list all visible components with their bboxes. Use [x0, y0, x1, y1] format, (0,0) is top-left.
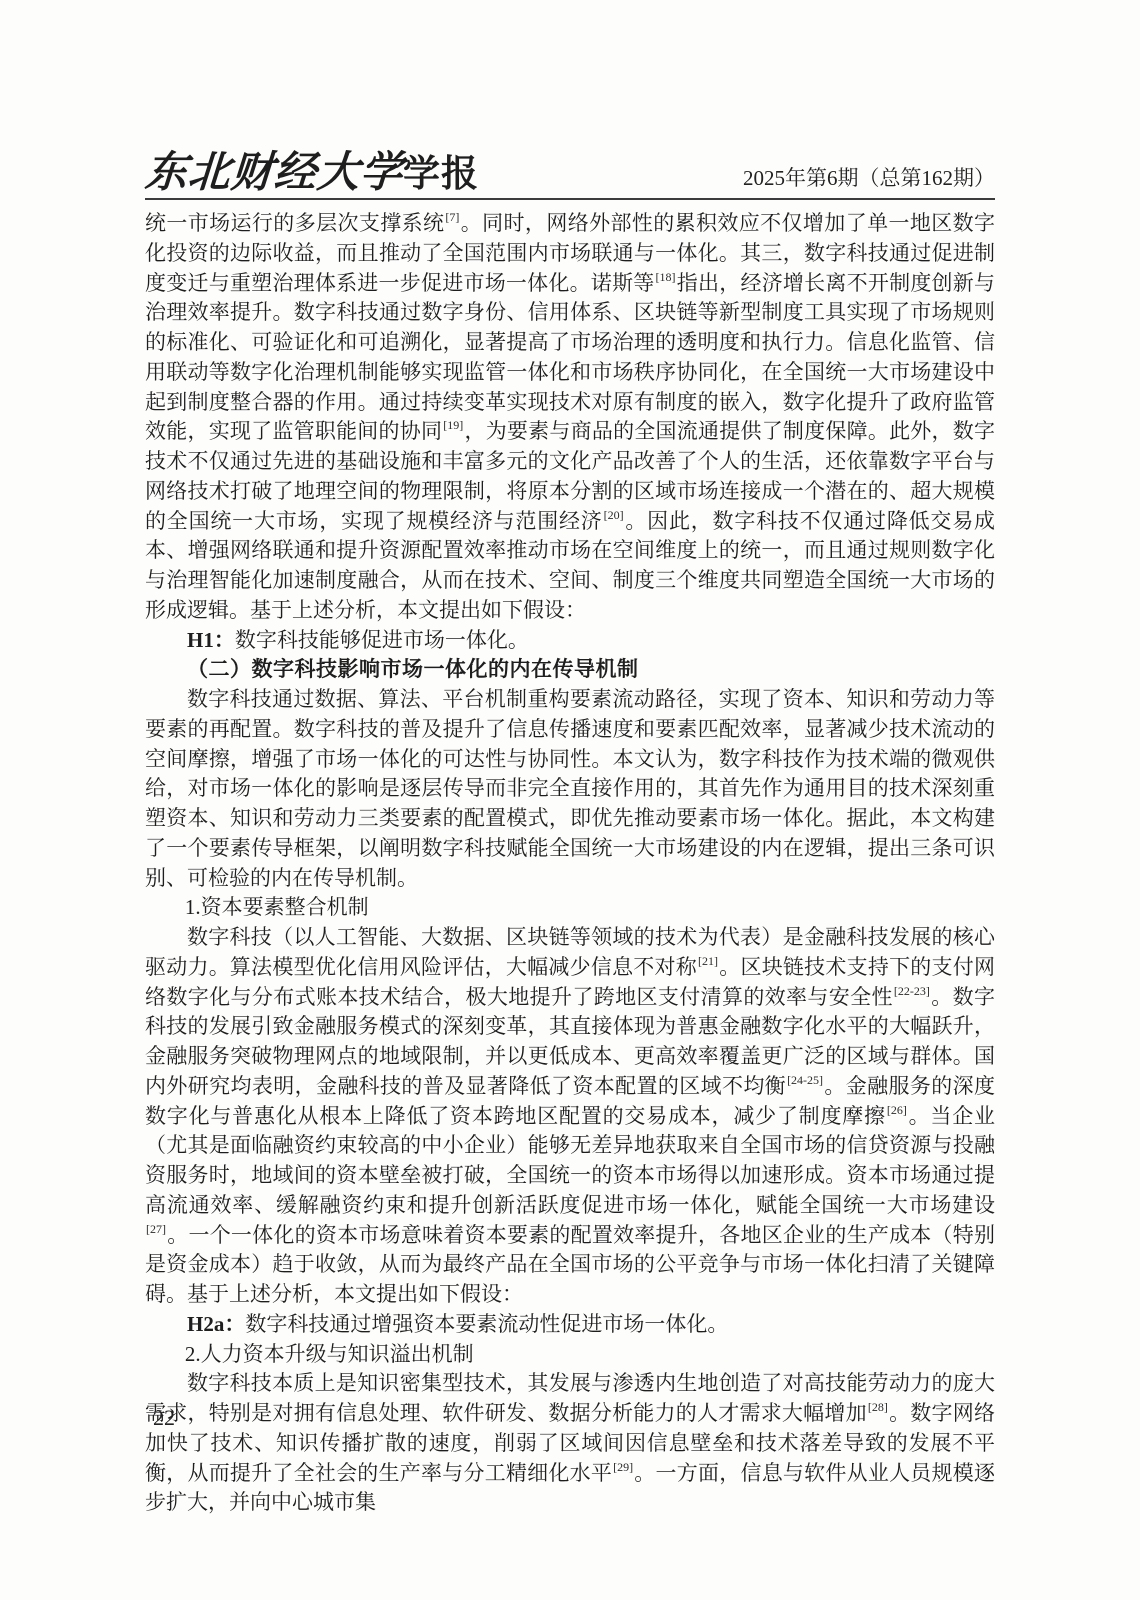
header-rule [145, 198, 995, 200]
citation-ref: [21] [698, 954, 718, 968]
hypothesis-line: H2a：数字科技通过增强资本要素流动性促进市场一体化。 [145, 1310, 995, 1340]
citation-ref: [27] [146, 1222, 166, 1236]
citation-ref: [19] [443, 418, 463, 432]
hypothesis-label: H2a： [187, 1312, 245, 1336]
citation-ref: [18] [656, 270, 676, 284]
hypothesis-line: H1：数字科技能够促进市场一体化。 [145, 626, 995, 656]
paragraph: 数字科技通过数据、算法、平台机制重构要素流动路径，实现了资本、知识和劳动力等要素… [145, 685, 995, 893]
article-body: 统一市场运行的多层次支撑系统[7]。同时，网络外部性的累积效应不仅增加了单一地区… [145, 209, 995, 1518]
journal-header: 东北财经大学学报 2025年第6期（总第162期） [145, 142, 995, 200]
header-row: 东北财经大学学报 2025年第6期（总第162期） [145, 142, 995, 194]
text-run: 数字科技本质上是知识密集型技术，其发展与渗透内生地创造了对高技能劳动力的庞大需求… [145, 1371, 995, 1425]
citation-ref: [20] [604, 508, 624, 522]
paragraph: 数字科技（以人工智能、大数据、区块链等领域的技术为代表）是金融科技发展的核心驱动… [145, 923, 995, 1310]
text-run: 指出，经济增长离不开制度创新与治理效率提升。数字科技通过数字身份、信用体系、区块… [145, 271, 995, 444]
paragraph: 数字科技本质上是知识密集型技术，其发展与渗透内生地创造了对高技能劳动力的庞大需求… [145, 1369, 995, 1518]
issue-info: 2025年第6期（总第162期） [743, 162, 995, 194]
sub-heading: 1.资本要素整合机制 [145, 893, 995, 923]
page-number: 22 [153, 1405, 175, 1431]
sub-heading: 2.人力资本升级与知识溢出机制 [145, 1340, 995, 1370]
citation-ref: [24-25] [787, 1073, 823, 1087]
journal-logo-calligraphy: 东北财经大学 [144, 152, 405, 195]
hypothesis-label: H1： [187, 628, 235, 652]
citation-ref: [28] [868, 1400, 888, 1414]
text-run: 数字科技通过数据、算法、平台机制重构要素流动路径，实现了资本、知识和劳动力等要素… [145, 687, 995, 890]
citation-ref: [26] [887, 1103, 907, 1117]
paragraph: 统一市场运行的多层次支撑系统[7]。同时，网络外部性的累积效应不仅增加了单一地区… [145, 209, 995, 626]
journal-page: 东北财经大学学报 2025年第6期（总第162期） 统一市场运行的多层次支撑系统… [0, 0, 1140, 1518]
citation-ref: [29] [613, 1460, 633, 1474]
hypothesis-text: 数字科技能够促进市场一体化。 [235, 628, 529, 652]
text-run: 。一个一体化的资本市场意味着资本要素的配置效率提升，各地区企业的生产成本（特别是… [145, 1223, 995, 1307]
section-heading: （二）数字科技影响市场一体化的内在传导机制 [145, 655, 995, 685]
hypothesis-text: 数字科技通过增强资本要素流动性促进市场一体化。 [245, 1312, 728, 1336]
journal-logo-suffix: 学报 [403, 154, 479, 195]
citation-ref: [22-23] [894, 984, 930, 998]
journal-logo: 东北财经大学学报 [145, 152, 479, 194]
text-run: 统一市场运行的多层次支撑系统 [145, 211, 444, 235]
citation-ref: [7] [445, 210, 459, 224]
